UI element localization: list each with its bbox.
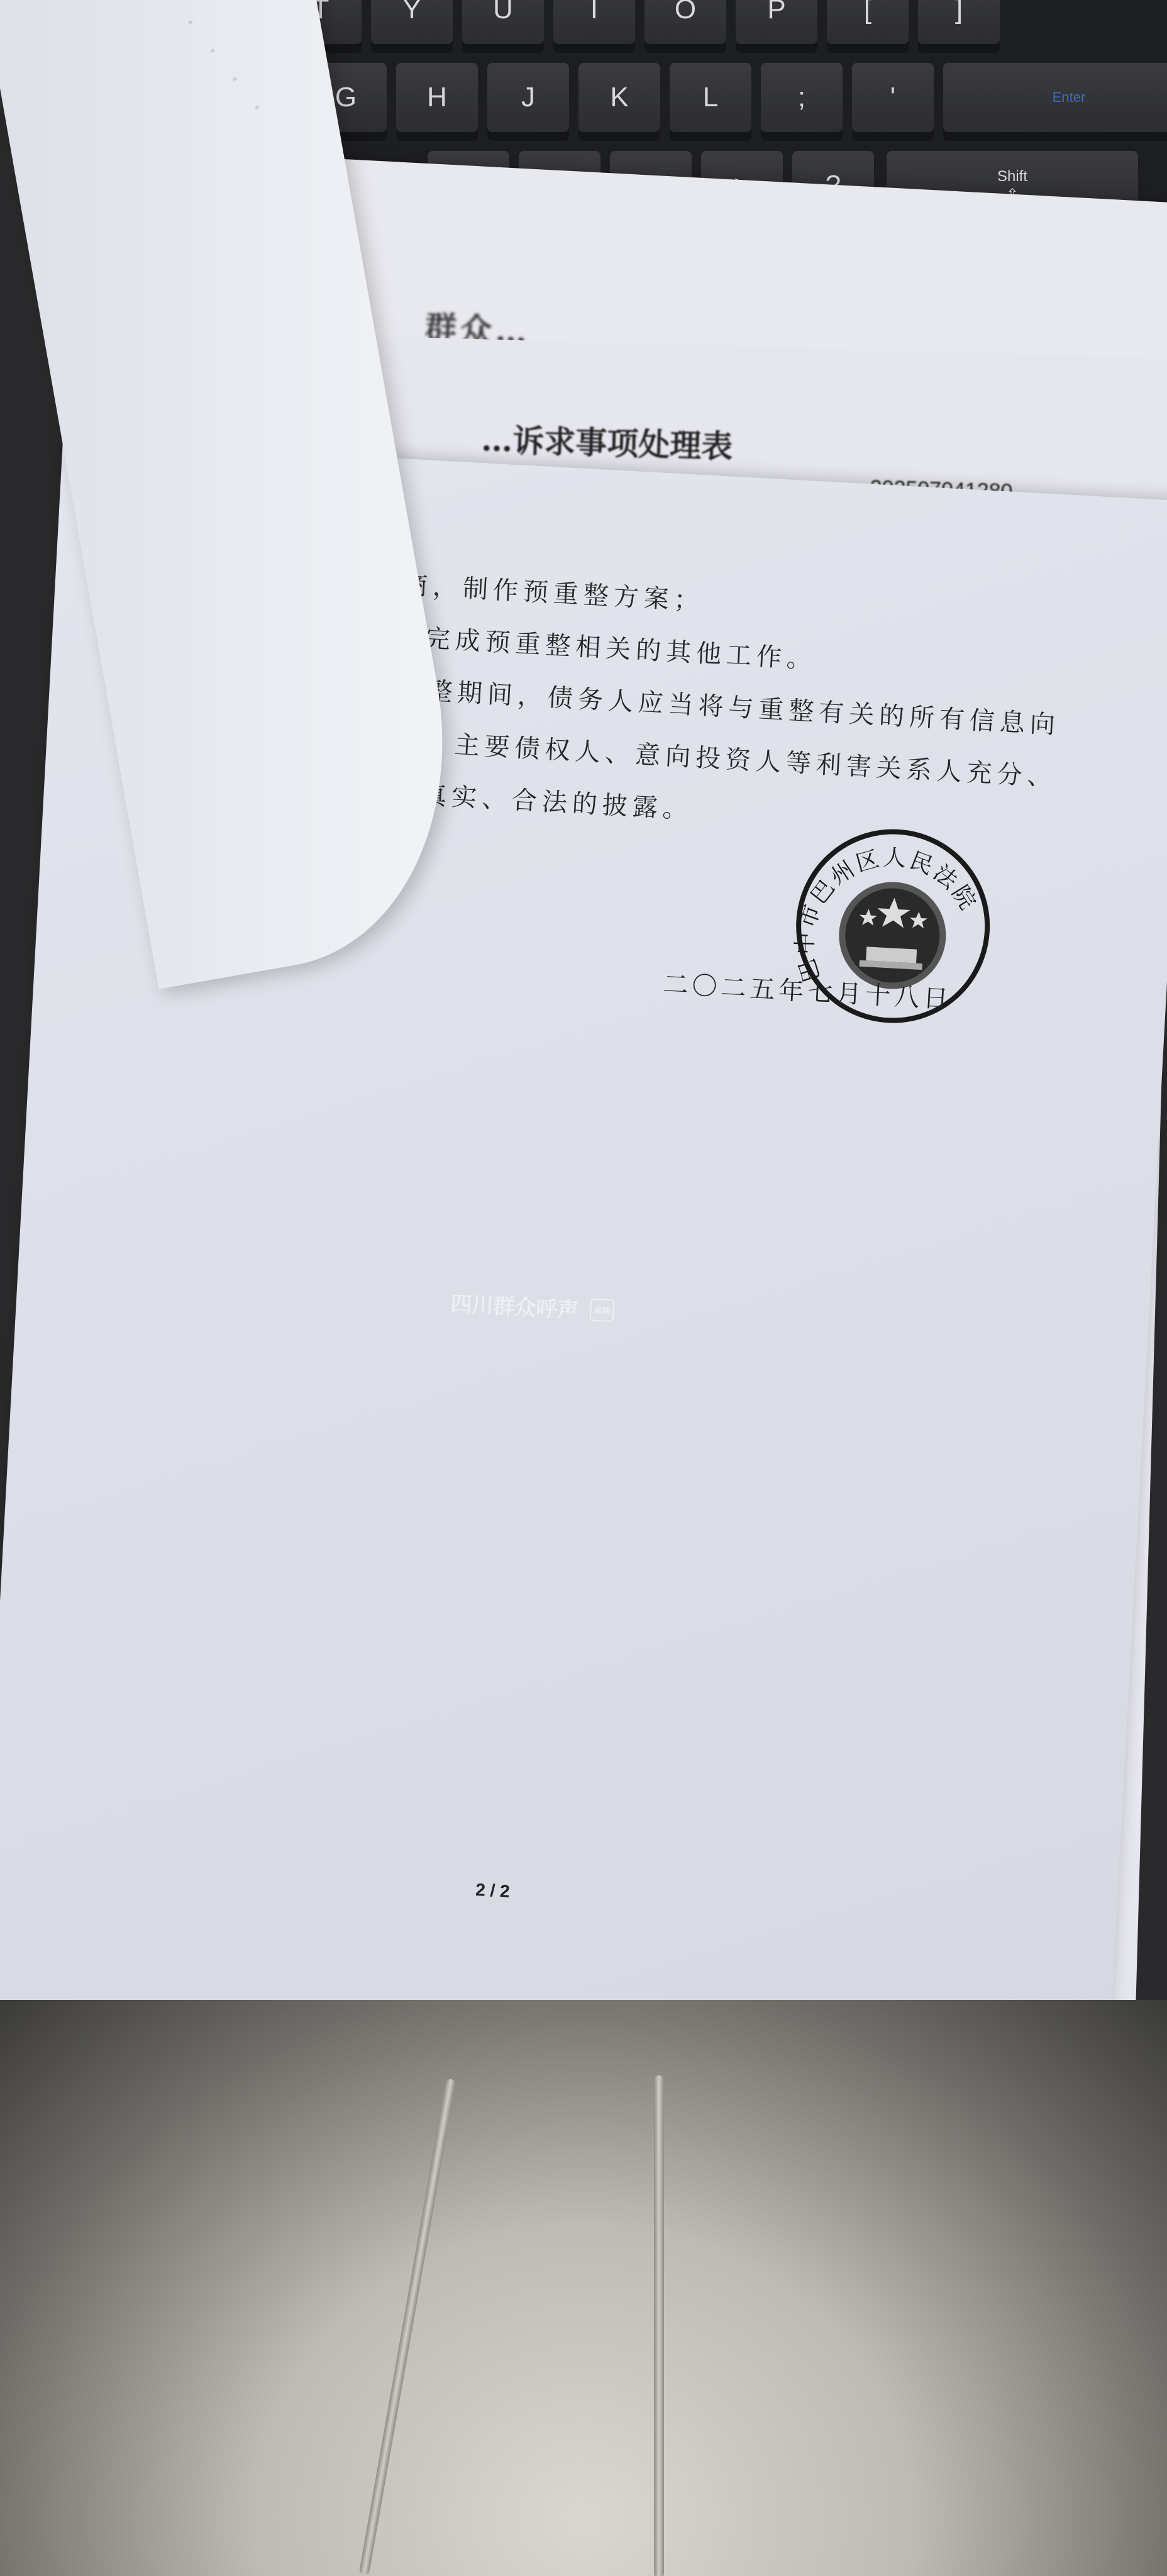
key-h: H xyxy=(396,63,478,132)
page-number: 2 / 2 xyxy=(475,1880,510,1902)
white-jacket xyxy=(0,2000,1167,2576)
key-l: L xyxy=(670,63,751,132)
key-o: O xyxy=(644,0,726,44)
key-j: J xyxy=(487,63,569,132)
key-enter: Enter xyxy=(943,63,1167,132)
form-title: …诉求事项处理表 xyxy=(481,414,734,467)
key-quote: ' xyxy=(852,63,934,132)
watermark-badge-icon: 麻辣 xyxy=(590,1298,615,1322)
key-bracket-left: [ xyxy=(827,0,909,44)
watermark: 四川群众呼声 麻辣 xyxy=(450,1286,614,1326)
key-p: P xyxy=(736,0,817,44)
show-through-text: · · · · xyxy=(174,8,279,128)
watermark-text: 四川群众呼声 xyxy=(450,1286,579,1324)
jacket-zipper-seam xyxy=(654,2075,664,2576)
shift-label: Shift xyxy=(997,168,1027,186)
key-u: U xyxy=(462,0,544,44)
key-i: I xyxy=(553,0,635,44)
key-semicolon: ; xyxy=(761,63,843,132)
key-bracket-right: ] xyxy=(918,0,1000,44)
key-y: Y xyxy=(371,0,453,44)
watermark-badge-text: 麻辣 xyxy=(594,1304,611,1316)
key-k: K xyxy=(578,63,660,132)
